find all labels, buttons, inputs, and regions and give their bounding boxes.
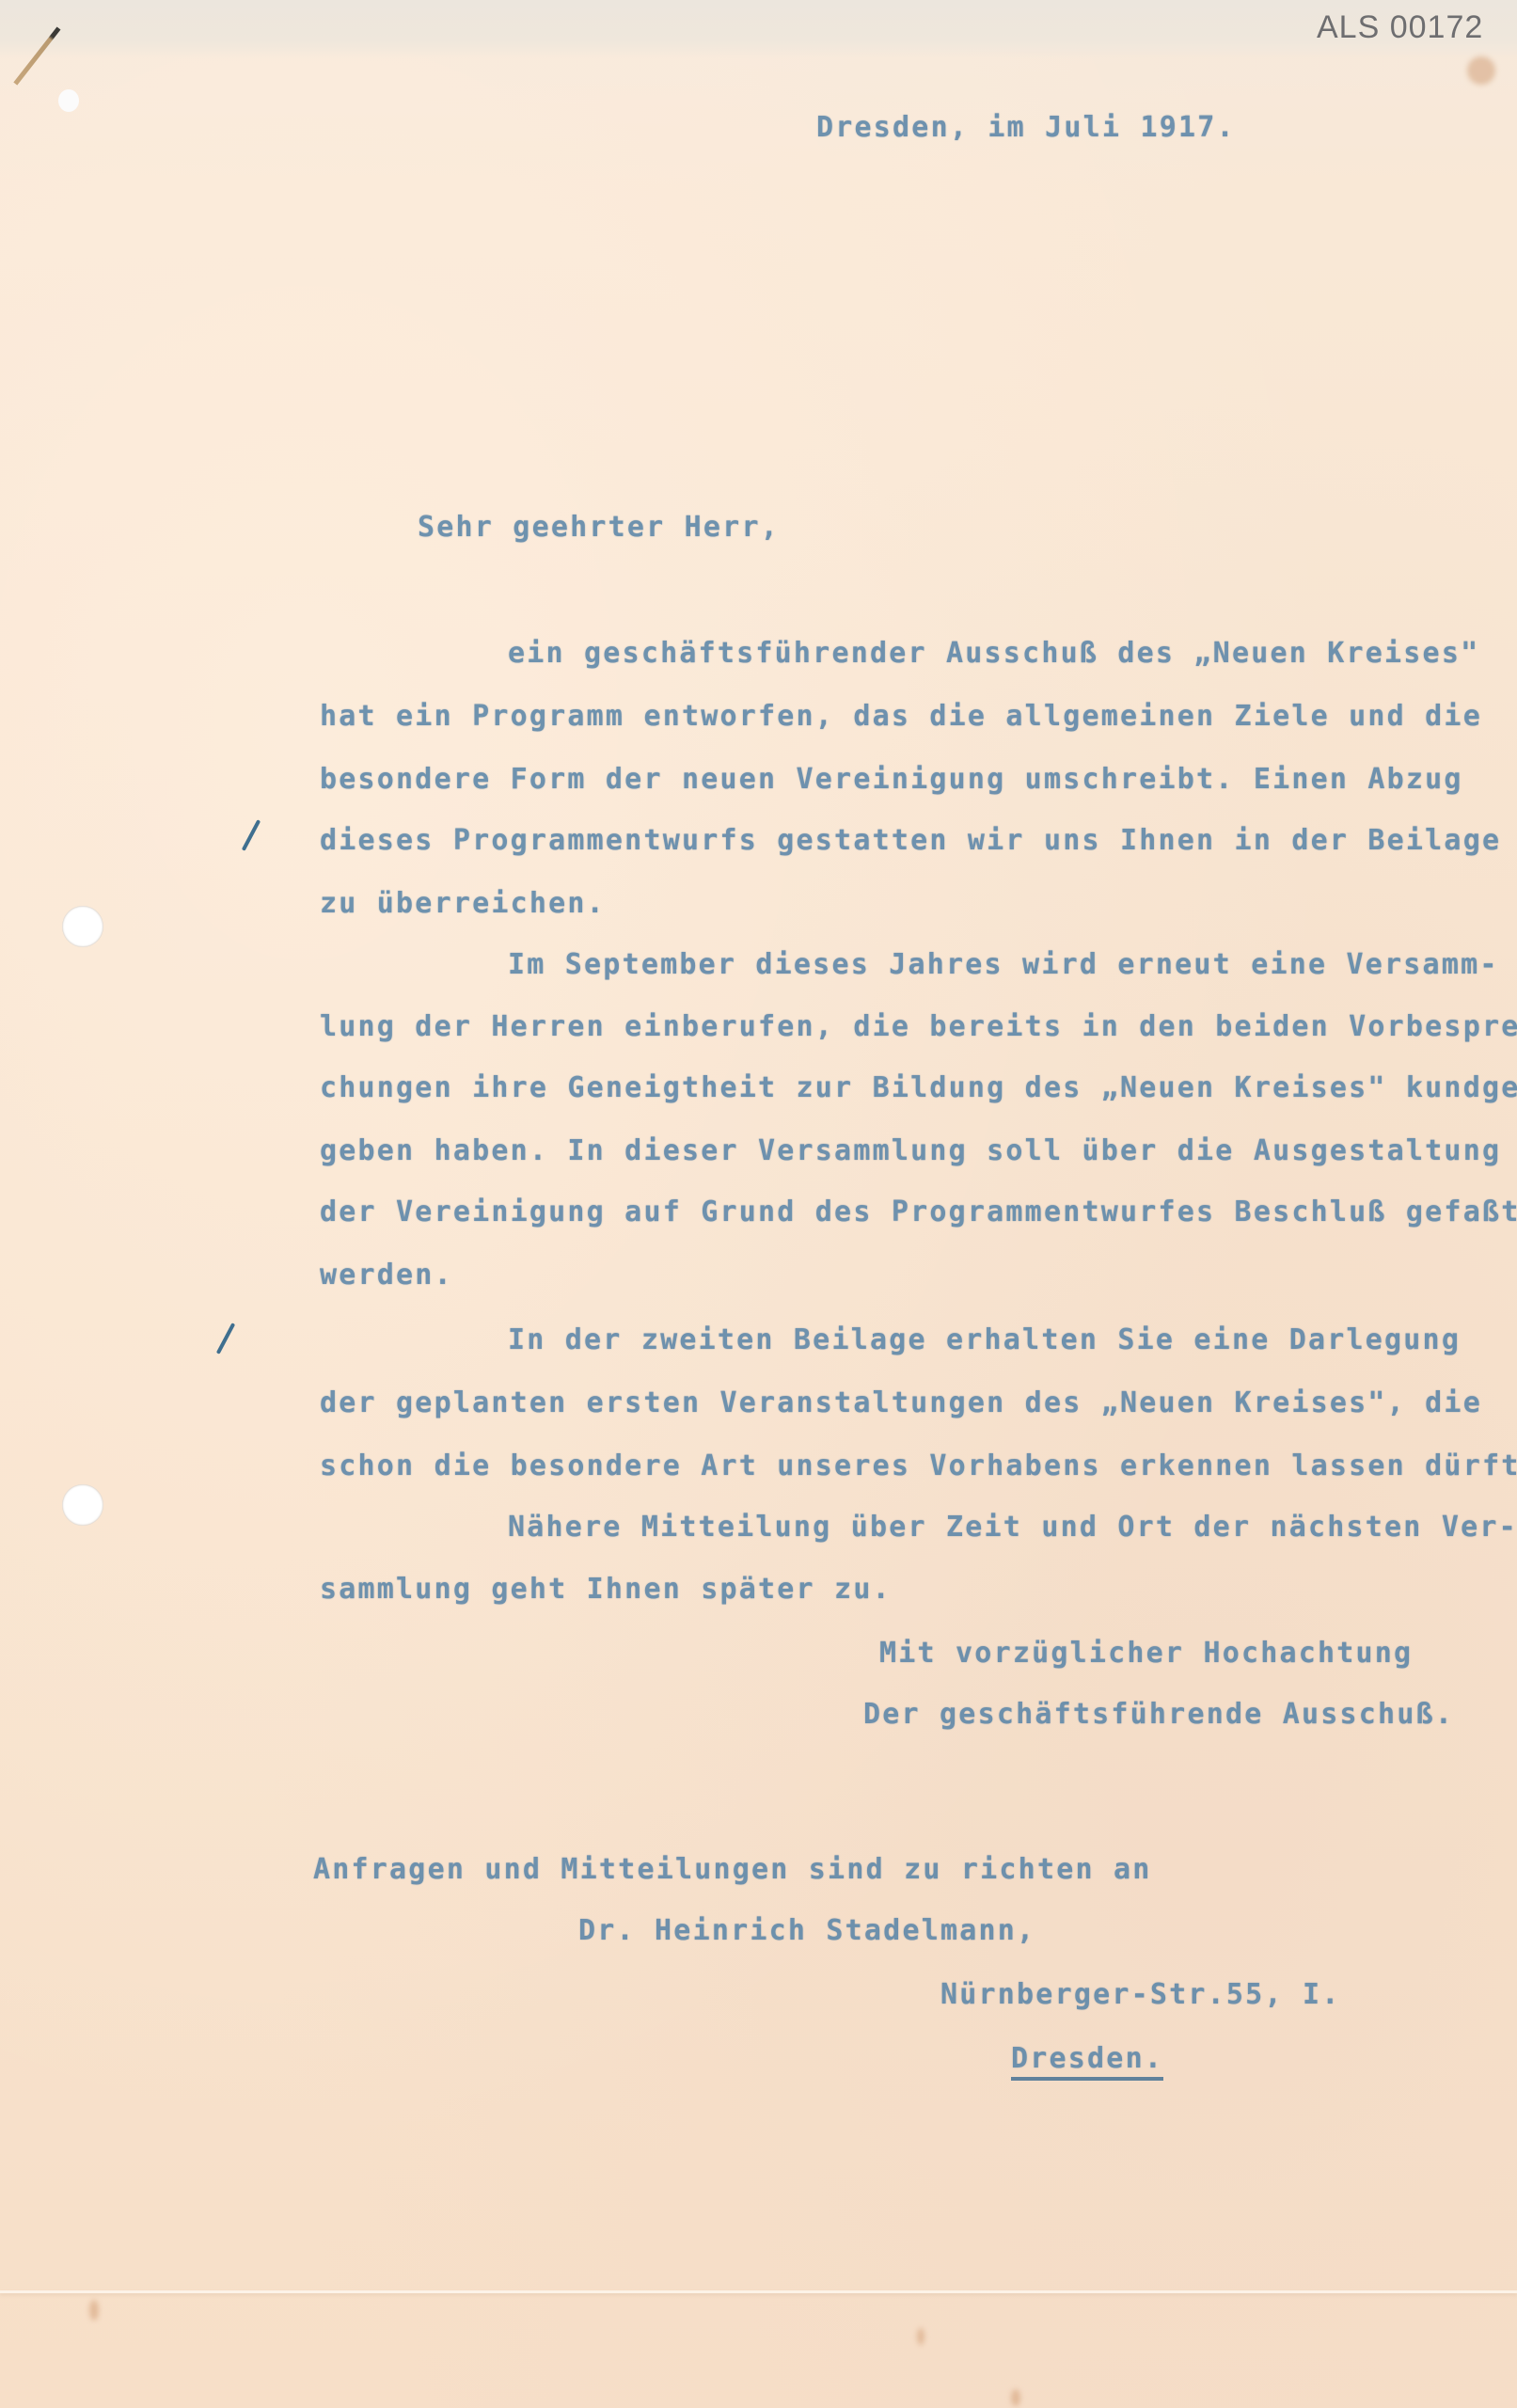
body-line: chungen ihre Geneigtheit zur Bildung des… [320, 1071, 1517, 1104]
body-line: der Vereinigung auf Grund des Programmen… [320, 1196, 1517, 1228]
contact-street: Nürnberger-Str.55, I. [940, 1978, 1341, 2011]
body-line: hat ein Programm entworfen, das die allg… [320, 700, 1482, 733]
complimentary-close: Mit vorzüglicher Hochachtung [879, 1637, 1413, 1670]
body-line: besondere Form der neuen Vereinigung ums… [320, 763, 1463, 796]
contact-city: Dresden. [1011, 2042, 1163, 2081]
body-line: Im September dieses Jahres wird erneut e… [508, 948, 1499, 981]
contact-name: Dr. Heinrich Stadelmann, [578, 1914, 1035, 1947]
body-line: dieses Programmentwurfs gestatten wir un… [320, 824, 1501, 857]
archive-number: ALS 00172 [1317, 9, 1483, 46]
body-line: geben haben. In dieser Versammlung soll … [320, 1134, 1501, 1167]
rust-stain [89, 2300, 99, 2321]
rust-stain [1467, 56, 1495, 85]
body-line: sammlung geht Ihnen später zu. [320, 1573, 892, 1606]
salutation: Sehr geehrter Herr, [418, 511, 780, 544]
body-line: ein geschäftsführender Ausschuß des „Neu… [508, 637, 1479, 670]
punch-hole [62, 906, 103, 947]
paper-fold-line [0, 2290, 1517, 2293]
body-line: schon die besondere Art unseres Vorhaben… [320, 1450, 1517, 1482]
body-line: lung der Herren einberufen, die bereits … [320, 1010, 1517, 1043]
contact-intro: Anfragen und Mitteilungen sind zu richte… [313, 1853, 1152, 1886]
body-line: In der zweiten Beilage erhalten Sie eine… [508, 1323, 1461, 1356]
rust-stain [1011, 2389, 1020, 2406]
signature-line: Der geschäftsführende Ausschuß. [863, 1698, 1454, 1731]
top-edge-strip [0, 0, 1517, 58]
body-line: der geplanten ersten Veranstaltungen des… [320, 1386, 1482, 1419]
punch-hole [62, 1484, 103, 1526]
place-date: Dresden, im Juli 1917. [816, 111, 1236, 144]
body-line: werden. [320, 1259, 453, 1291]
body-line: Nähere Mitteilung über Zeit und Ort der … [508, 1511, 1517, 1544]
rust-stain [917, 2328, 924, 2345]
body-line: zu überreichen. [320, 887, 606, 920]
corner-punch-hole [58, 89, 79, 112]
